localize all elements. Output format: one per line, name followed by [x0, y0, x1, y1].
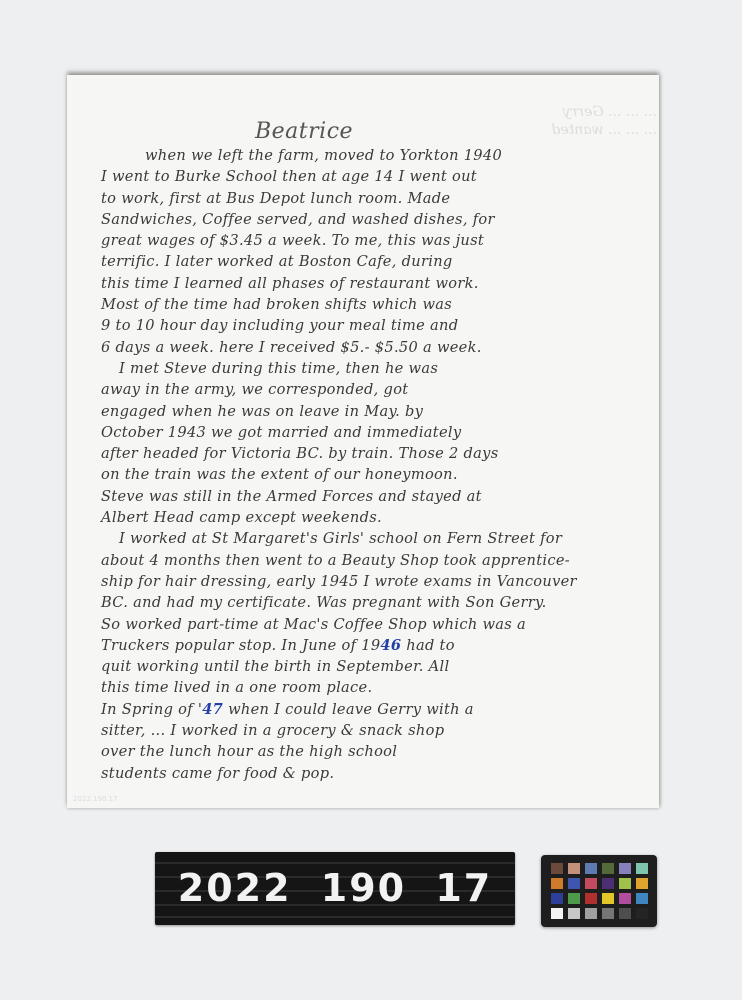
handwritten-line: this time I learned all phases of restau… [101, 273, 661, 294]
handwritten-line: Most of the time had broken shifts which… [101, 294, 661, 315]
color-swatch [636, 893, 648, 904]
handwritten-line: So worked part-time at Mac's Coffee Shop… [101, 614, 661, 635]
color-swatch [602, 878, 614, 889]
color-swatch [568, 908, 580, 919]
handwritten-line: after headed for Victoria BC. by train. … [101, 443, 661, 464]
color-swatch [585, 878, 597, 889]
line-text: had to [401, 637, 454, 654]
handwritten-line: ship for hair dressing, early 1945 I wro… [101, 571, 661, 592]
handwritten-line: October 1943 we got married and immediat… [101, 422, 661, 443]
accession-number-label: 2022 190 17 [155, 852, 515, 925]
handwritten-line: this time lived in a one room place. [101, 677, 661, 698]
letter-body: when we left the farm, moved to Yorkton … [101, 145, 661, 784]
line-text: In Spring of ' [101, 701, 202, 718]
color-swatch [551, 893, 563, 904]
blue-ink-correction: 47 [202, 701, 223, 718]
letter-heading: Beatrice [255, 119, 353, 144]
handwritten-line: when we left the farm, moved to Yorkton … [101, 145, 661, 166]
blue-ink-correction: 46 [380, 637, 401, 654]
color-swatch [602, 908, 614, 919]
line-text: when I could leave Gerry with a [223, 701, 474, 718]
handwritten-line: 9 to 10 hour day including your meal tim… [101, 315, 661, 336]
handwritten-line: Sandwiches, Coffee served, and washed di… [101, 209, 661, 230]
color-checker-card [541, 855, 657, 927]
color-swatch [551, 878, 563, 889]
handwritten-line: students came for food & pop. [101, 763, 661, 784]
bleed-line: ... ... ... Gerry [507, 103, 657, 121]
handwritten-line: BC. and had my certificate. Was pregnant… [101, 592, 661, 613]
color-swatch [636, 863, 648, 874]
handwritten-line: I went to Burke School then at age 14 I … [101, 166, 661, 187]
handwritten-line: over the lunch hour as the high school [101, 741, 661, 762]
handwritten-line: I worked at St Margaret's Girls' school … [101, 528, 661, 549]
color-swatch [619, 908, 631, 919]
color-swatch [636, 908, 648, 919]
handwritten-line: about 4 months then went to a Beauty Sho… [101, 550, 661, 571]
color-swatch-grid [551, 863, 648, 919]
letter-page: ... ... ... Gerry ... ... ... wanted Bea… [67, 75, 659, 808]
accession-number-text: 2022 190 17 [155, 866, 515, 910]
bleed-through-text: ... ... ... Gerry ... ... ... wanted [507, 103, 657, 139]
handwritten-line: terrific. I later worked at Boston Cafe,… [101, 251, 661, 272]
line-text: Truckers popular stop. In June of 19 [101, 637, 380, 654]
color-swatch [551, 908, 563, 919]
color-swatch [585, 863, 597, 874]
color-swatch [619, 878, 631, 889]
handwritten-line: Steve was still in the Armed Forces and … [101, 486, 661, 507]
color-swatch [568, 878, 580, 889]
handwritten-line: great wages of $3.45 a week. To me, this… [101, 230, 661, 251]
color-swatch [636, 878, 648, 889]
handwritten-line: Albert Head camp except weekends. [101, 507, 661, 528]
color-swatch [585, 908, 597, 919]
color-swatch [602, 893, 614, 904]
handwritten-line: away in the army, we corresponded, got [101, 379, 661, 400]
handwritten-line: 6 days a week. here I received $5.- $5.5… [101, 337, 661, 358]
handwritten-line: engaged when he was on leave in May. by [101, 401, 661, 422]
handwritten-line: to work, first at Bus Depot lunch room. … [101, 188, 661, 209]
color-swatch [551, 863, 563, 874]
handwritten-line: sitter, ... I worked in a grocery & snac… [101, 720, 661, 741]
handwritten-line: I met Steve during this time, then he wa… [101, 358, 661, 379]
color-swatch [602, 863, 614, 874]
color-swatch [585, 893, 597, 904]
handwritten-line: quit working until the birth in Septembe… [101, 656, 661, 677]
bleed-line: ... ... ... wanted [507, 121, 657, 139]
handwritten-line: Truckers popular stop. In June of 1946 h… [101, 635, 661, 656]
color-swatch [568, 893, 580, 904]
color-swatch [619, 893, 631, 904]
corner-catalog-note: 2022.190.17 [73, 795, 118, 803]
color-swatch [619, 863, 631, 874]
handwritten-line: on the train was the extent of our honey… [101, 464, 661, 485]
handwritten-line: In Spring of '47 when I could leave Gerr… [101, 699, 661, 720]
color-swatch [568, 863, 580, 874]
